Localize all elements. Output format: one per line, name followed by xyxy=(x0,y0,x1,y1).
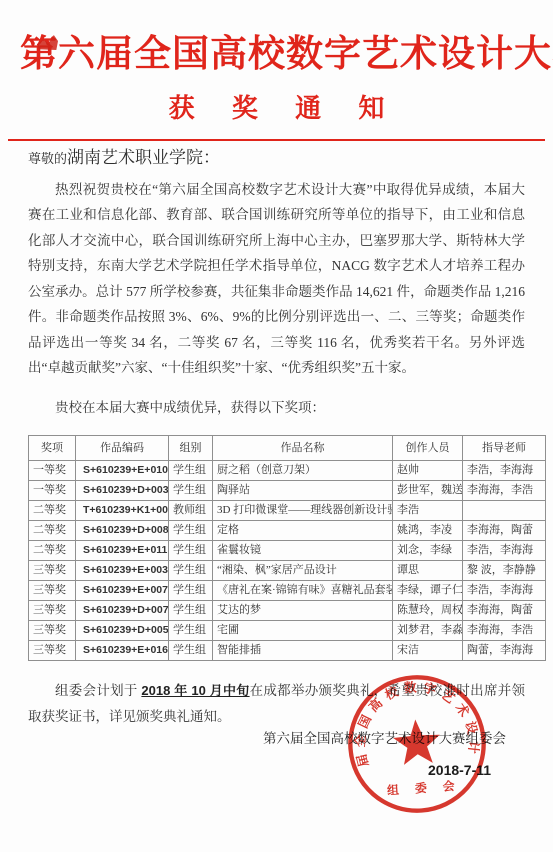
cell-group: 学生组 xyxy=(169,641,213,661)
col-header-teachers: 指导老师 xyxy=(463,436,546,461)
cell-work: 雀鬟妆镜 xyxy=(213,541,393,561)
ceremony-date: 2018 年 10 月中旬 xyxy=(141,683,249,698)
cell-work: 智能排插 xyxy=(213,641,393,661)
cell-work: 厨之稻（创意刀架） xyxy=(213,461,393,481)
cell-code: S+610239+D+007 xyxy=(76,601,169,621)
school-name: 湖南艺术职业学院： xyxy=(67,148,220,167)
seal-bottom-text: 组 委 会 xyxy=(387,778,462,797)
body-paragraph: 热烈祝贺贵校在“第六届全国高校数字艺术设计大赛”中取得优异成绩，本届大赛在工业和… xyxy=(28,177,525,381)
divider-rule xyxy=(8,139,545,141)
cell-creators: 刘梦君，李淼 xyxy=(393,621,463,641)
col-header-work: 作品名称 xyxy=(213,436,393,461)
official-seal: 第六届全国高校数字艺术设计大赛 组 委 会 xyxy=(339,666,495,822)
cell-award: 二等奖 xyxy=(29,541,76,561)
cell-group: 教师组 xyxy=(169,501,213,521)
cell-group: 学生组 xyxy=(169,481,213,501)
cell-group: 学生组 xyxy=(169,461,213,481)
cell-creators: 彭世军，魏送芬 xyxy=(393,481,463,501)
cell-creators: 谭思 xyxy=(393,561,463,581)
cell-teachers: 李浩，李海海 xyxy=(463,581,546,601)
cell-work: 艾达的梦 xyxy=(213,601,393,621)
cell-work: 宅圃 xyxy=(213,621,393,641)
table-row: 三等奖 S+610239+D+007 学生组 艾达的梦 陈慧玲，周权利 李海海，… xyxy=(29,601,546,621)
cell-group: 学生组 xyxy=(169,521,213,541)
table-row: 一等奖 S+610239+D+003 学生组 陶驿站 彭世军，魏送芬 李海海，李… xyxy=(29,481,546,501)
closing-pre: 组委会计划于 xyxy=(55,683,141,698)
cell-award: 三等奖 xyxy=(29,641,76,661)
cell-teachers: 李浩，李海海 xyxy=(463,461,546,481)
scanned-award-notice: { "page": { "title": "第六届全国高校数字艺术设计大赛", … xyxy=(0,0,553,852)
cell-code: S+610239+E+010 xyxy=(76,461,169,481)
cell-code: S+610239+E+007 xyxy=(76,581,169,601)
cell-group: 学生组 xyxy=(169,621,213,641)
cell-creators: 李浩 xyxy=(393,501,463,521)
cell-work: 陶驿站 xyxy=(213,481,393,501)
awards-intro: 贵校在本届大赛中成绩优异，获得以下奖项： xyxy=(28,395,525,421)
cell-group: 学生组 xyxy=(169,541,213,561)
awards-table-body: 一等奖 S+610239+E+010 学生组 厨之稻（创意刀架） 赵帅 李浩，李… xyxy=(29,461,546,661)
cell-teachers: 李浩，李海海 xyxy=(463,541,546,561)
table-row: 一等奖 S+610239+E+010 学生组 厨之稻（创意刀架） 赵帅 李浩，李… xyxy=(29,461,546,481)
cell-code: S+610239+E+003 xyxy=(76,561,169,581)
cell-creators: 姚鸿，李凌 xyxy=(393,521,463,541)
col-header-group: 组别 xyxy=(169,436,213,461)
cell-creators: 赵帅 xyxy=(393,461,463,481)
cell-teachers: 李海海，李浩 xyxy=(463,481,546,501)
cell-teachers: 陶蕾，李海海 xyxy=(463,641,546,661)
salutation-prefix: 尊敬的 xyxy=(28,151,67,166)
cell-code: S+610239+E+016 xyxy=(76,641,169,661)
cell-award: 三等奖 xyxy=(29,621,76,641)
table-header-row: 奖项 作品编码 组别 作品名称 创作人员 指导老师 xyxy=(29,436,546,461)
cell-teachers: 李海海，陶蕾 xyxy=(463,601,546,621)
cell-award: 三等奖 xyxy=(29,601,76,621)
cell-code: S+610239+D+005 xyxy=(76,621,169,641)
table-row: 三等奖 S+610239+E+016 学生组 智能排插 宋洁 陶蕾，李海海 xyxy=(29,641,546,661)
cell-code: S+610239+E+011 xyxy=(76,541,169,561)
cell-code: S+610239+D+003 xyxy=(76,481,169,501)
page-title: 第六届全国高校数字艺术设计大赛 xyxy=(20,34,533,75)
cell-award: 一等奖 xyxy=(29,461,76,481)
table-row: 二等奖 T+610239+K1+001 教师组 3D 打印微课堂——理线器创新设… xyxy=(29,501,546,521)
cell-creators: 李绿，谭子仁 xyxy=(393,581,463,601)
cell-work: 定格 xyxy=(213,521,393,541)
cell-award: 二等奖 xyxy=(29,521,76,541)
cell-group: 学生组 xyxy=(169,601,213,621)
seal-star-icon xyxy=(392,718,442,766)
cell-award: 三等奖 xyxy=(29,581,76,601)
table-row: 三等奖 S+610239+E+003 学生组 “湘染、枫”家居产品设计 谭思 黎… xyxy=(29,561,546,581)
cell-work: “湘染、枫”家居产品设计 xyxy=(213,561,393,581)
col-header-creators: 创作人员 xyxy=(393,436,463,461)
cell-work: 《唐礼在案·锦锦有味》喜糖礼品套装 xyxy=(213,581,393,601)
cell-creators: 陈慧玲，周权利 xyxy=(393,601,463,621)
cell-code: T+610239+K1+001 xyxy=(76,501,169,521)
cell-award: 二等奖 xyxy=(29,501,76,521)
cell-creators: 宋洁 xyxy=(393,641,463,661)
cell-award: 一等奖 xyxy=(29,481,76,501)
cell-teachers: 李海海，陶蕾 xyxy=(463,521,546,541)
awards-table: 奖项 作品编码 组别 作品名称 创作人员 指导老师 一等奖 S+610239+E… xyxy=(28,435,546,661)
table-row: 二等奖 S+610239+E+011 学生组 雀鬟妆镜 刘念，李绿 李浩，李海海 xyxy=(29,541,546,561)
table-row: 三等奖 S+610239+E+007 学生组 《唐礼在案·锦锦有味》喜糖礼品套装… xyxy=(29,581,546,601)
cell-work: 3D 打印微课堂——理线器创新设计验证 xyxy=(213,501,393,521)
cell-creators: 刘念，李绿 xyxy=(393,541,463,561)
table-row: 三等奖 S+610239+D+005 学生组 宅圃 刘梦君，李淼 李海海，李浩 xyxy=(29,621,546,641)
salutation: 尊敬的湖南艺术职业学院： xyxy=(28,143,525,168)
cell-group: 学生组 xyxy=(169,581,213,601)
col-header-award: 奖项 xyxy=(29,436,76,461)
cell-group: 学生组 xyxy=(169,561,213,581)
cell-teachers: 黎 波，李静静 xyxy=(463,561,546,581)
cell-teachers: 李海海，李浩 xyxy=(463,621,546,641)
col-header-code: 作品编码 xyxy=(76,436,169,461)
cell-award: 三等奖 xyxy=(29,561,76,581)
notice-subtitle: 获 奖 通 知 xyxy=(0,88,553,125)
cell-teachers xyxy=(463,501,546,521)
cell-code: S+610239+D+008 xyxy=(76,521,169,541)
table-row: 二等奖 S+610239+D+008 学生组 定格 姚鸿，李凌 李海海，陶蕾 xyxy=(29,521,546,541)
